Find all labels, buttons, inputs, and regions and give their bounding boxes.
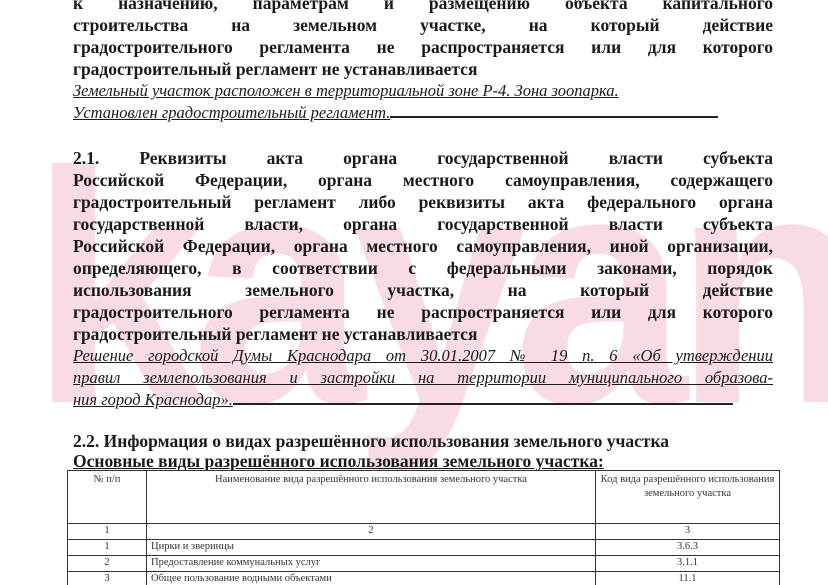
- s21-line-4: государственной власти, органа государст…: [73, 213, 773, 235]
- intro-line-3: градостроительного регламента не распрос…: [73, 36, 773, 58]
- fill-line: [390, 116, 718, 118]
- s21-answer-3-text: ния город Краснодар».: [73, 390, 233, 409]
- intro-answer-2: Установлен градостроительный регламент.: [73, 102, 773, 124]
- s22-subtitle: Основные виды разрешённого использования…: [73, 450, 773, 472]
- header-code: Код вида разрешённого использования земе…: [596, 471, 780, 524]
- s21-line-9: градостроительный регламент не устанавли…: [73, 323, 773, 345]
- table-row: 3 Общее пользование водными объектами 11…: [68, 572, 780, 585]
- s21-line-1: 2.1. Реквизиты акта органа государственн…: [73, 147, 773, 169]
- s21-line-5: Российской Федерации, органа местного са…: [73, 235, 773, 257]
- colnum-3: 3: [596, 524, 780, 540]
- row-number: 3: [68, 572, 147, 585]
- row-code: 3.6.3: [596, 540, 780, 556]
- table-row: 1 Цирки и зверинцы 3.6.3: [68, 540, 780, 556]
- table-row: 2 Предоставление коммунальных услуг 3.1.…: [68, 556, 780, 572]
- intro-line-4: градостроительный регламент не устанавли…: [73, 58, 773, 80]
- s21-line-7: использования земельного участка, на кот…: [73, 279, 773, 301]
- s21-line-6: определяющего, в соответствии с федераль…: [73, 257, 773, 279]
- s21-answer-2: правил землепользования и застройки на т…: [73, 367, 773, 389]
- row-number: 2: [68, 556, 147, 572]
- intro-line-2: строительства на земельном участке, на к…: [73, 14, 773, 36]
- s21-answer-1: Решение городской Думы Краснодара от 30.…: [73, 345, 773, 367]
- row-name: Цирки и зверинцы: [147, 540, 596, 556]
- header-name: Наименование вида разрешённого использов…: [147, 471, 596, 524]
- colnum-2: 2: [147, 524, 596, 540]
- permitted-uses-table: № п/п Наименование вида разрешённого исп…: [67, 470, 780, 585]
- row-number: 1: [68, 540, 147, 556]
- s21-line-3: градостроительный регламент либо реквизи…: [73, 191, 773, 213]
- header-number: № п/п: [68, 471, 147, 524]
- table-header-row: № п/п Наименование вида разрешённого исп…: [68, 471, 780, 524]
- colnum-1: 1: [68, 524, 147, 540]
- row-code: 3.1.1: [596, 556, 780, 572]
- table-column-numbers-row: 1 2 3: [68, 524, 780, 540]
- row-code: 11.1: [596, 572, 780, 585]
- s21-answer-3: ния город Краснодар».: [73, 389, 773, 411]
- row-name: Предоставление коммунальных услуг: [147, 556, 596, 572]
- intro-line-1: к назначению, параметрам и размещению об…: [73, 0, 773, 14]
- row-name: Общее пользование водными объектами: [147, 572, 596, 585]
- intro-answer-2-text: Установлен градостроительный регламент.: [73, 103, 390, 122]
- intro-answer-1: Земельный участок расположен в территори…: [73, 80, 773, 102]
- s22-title: 2.2. Информация о видах разрешённого исп…: [73, 430, 773, 452]
- s21-line-8: градостроительного регламента не распрос…: [73, 301, 773, 323]
- fill-line: [233, 403, 733, 405]
- s21-line-2: Российской Федерации, органа местного са…: [73, 169, 773, 191]
